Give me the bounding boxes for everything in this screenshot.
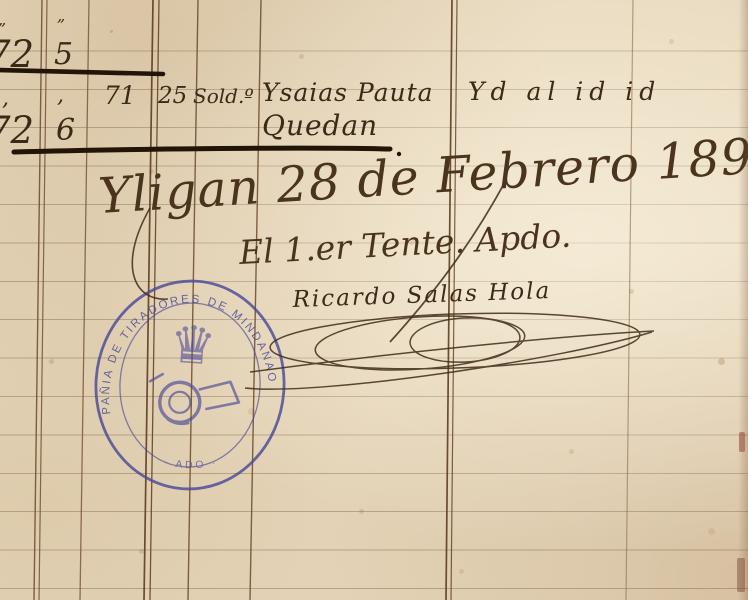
stamp-bottom-text: · ADO · bbox=[163, 453, 221, 474]
rank-abbreviation: Sold.º bbox=[193, 86, 254, 106]
ditto-mark: , bbox=[2, 88, 9, 110]
folio-number: 72 bbox=[0, 36, 34, 73]
page-edge-stain bbox=[739, 432, 745, 452]
ledger-page: PAÑIA DE TIRADORES DE MINDANAO · ADO · ♛ bbox=[0, 0, 748, 600]
cell-number: 25 bbox=[158, 85, 187, 108]
bugle-icon bbox=[147, 373, 240, 428]
company-stamp: PAÑIA DE TIRADORES DE MINDANAO · ADO · ♛ bbox=[89, 275, 291, 496]
page-edge-stain bbox=[737, 558, 745, 592]
quedan-word: Quedan bbox=[262, 112, 378, 140]
entry-number: 6 bbox=[56, 116, 75, 146]
soldier-name: Ysaias Pauta bbox=[262, 80, 434, 105]
signature-rubric bbox=[245, 308, 654, 390]
cell-number: 71 bbox=[104, 83, 136, 108]
page-edge-shadow bbox=[738, 0, 748, 600]
ditto-mark: „ bbox=[57, 8, 65, 24]
crown-icon: ♛ bbox=[167, 315, 218, 378]
ditto-mark: , bbox=[57, 85, 64, 107]
folio-number: 72 bbox=[0, 112, 34, 149]
ditto-mark: „ bbox=[0, 12, 6, 28]
entry-number: 5 bbox=[54, 40, 73, 70]
idem-note: Yd al id id bbox=[468, 79, 661, 104]
